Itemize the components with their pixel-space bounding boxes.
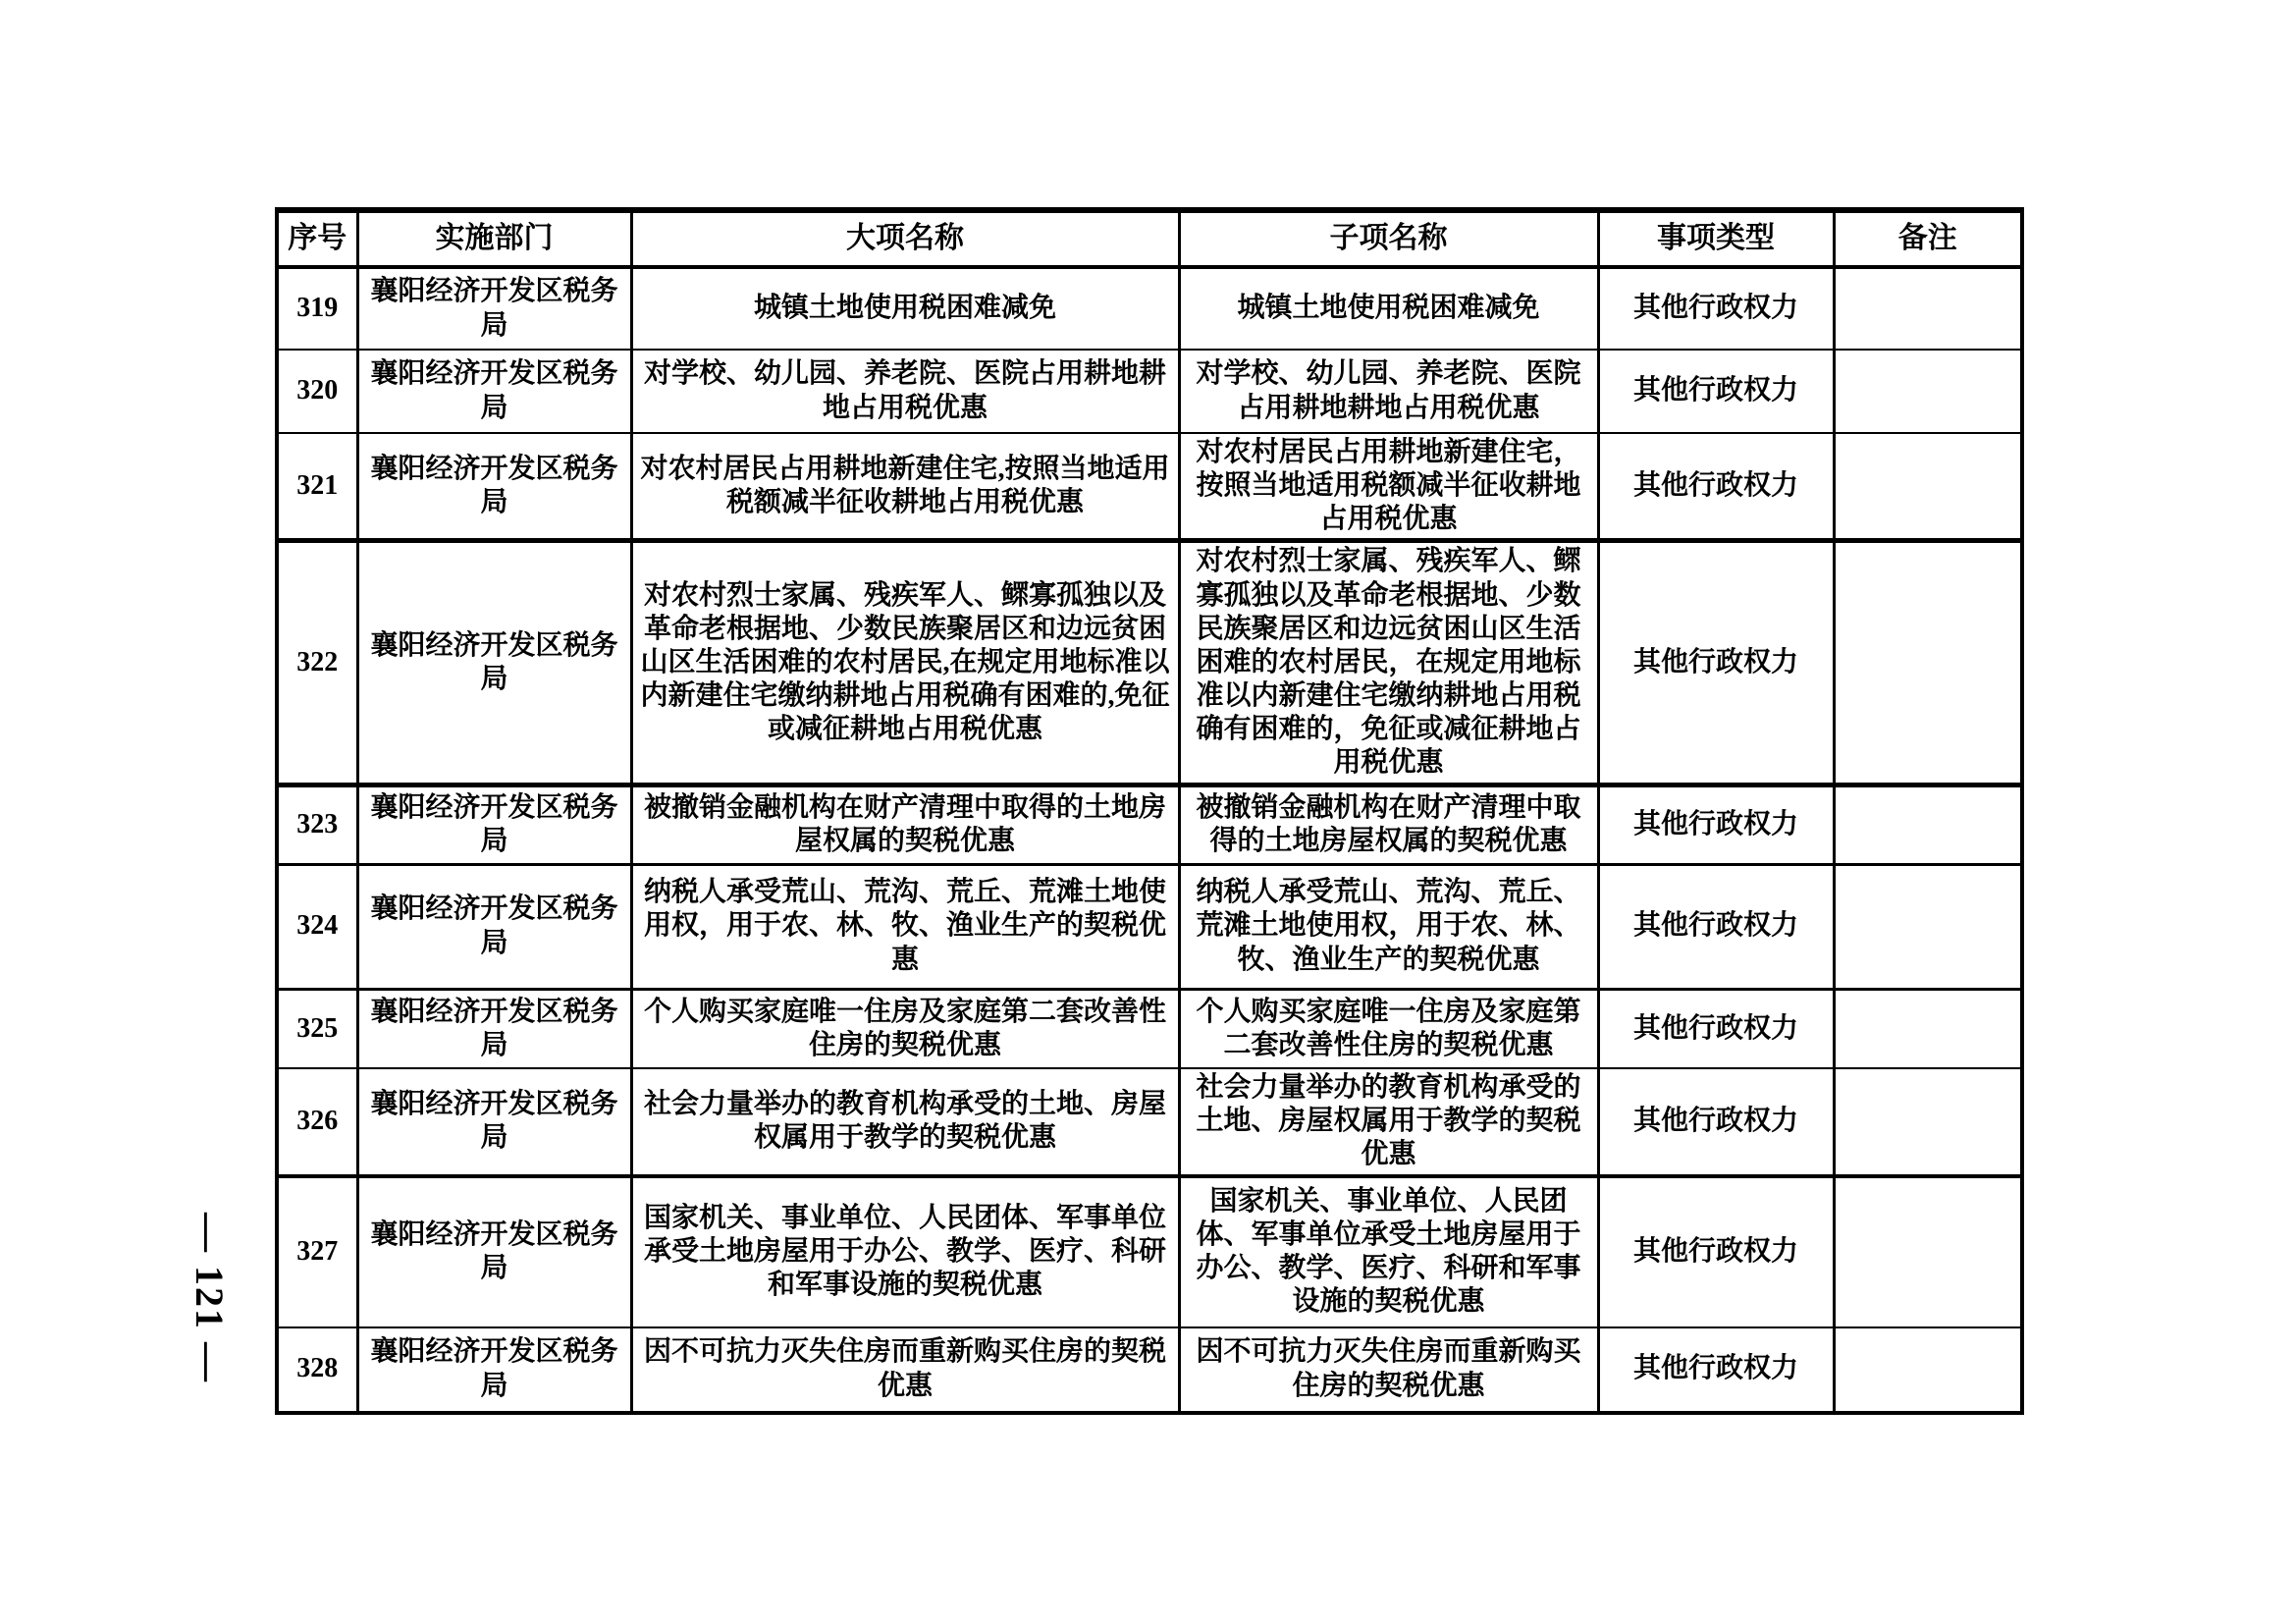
row-number-cell: 328 bbox=[277, 1327, 357, 1413]
header-sub-item-name: 子项名称 bbox=[1179, 210, 1598, 267]
major-item-cell: 因不可抗力灭失住房而重新购买住房的契税优惠 bbox=[631, 1327, 1179, 1413]
sub-item-cell: 对学校、幼儿园、养老院、医院占用耕地耕地占用税优惠 bbox=[1179, 350, 1598, 433]
remarks-cell bbox=[1834, 1068, 2022, 1175]
page-number: — 121 — bbox=[187, 1190, 231, 1406]
table-row: 324 襄阳经济开发区税务局 纳税人承受荒山、荒沟、荒丘、荒滩土地使用权，用于农… bbox=[277, 864, 2022, 989]
sub-item-cell: 纳税人承受荒山、荒沟、荒丘、荒滩土地使用权，用于农、林、牧、渔业生产的契税优惠 bbox=[1179, 864, 1598, 989]
sub-item-cell: 国家机关、事业单位、人民团体、军事单位承受土地房屋用于办公、教学、医疗、科研和军… bbox=[1179, 1176, 1598, 1327]
table-row: 323 襄阳经济开发区税务局 被撤销金融机构在财产清理中取得的土地房屋权属的契税… bbox=[277, 785, 2022, 864]
table-row: 327 襄阳经济开发区税务局 国家机关、事业单位、人民团体、军事单位承受土地房屋… bbox=[277, 1176, 2022, 1327]
major-item-cell: 对农村居民占用耕地新建住宅,按照当地适用税额减半征收耕地占用税优惠 bbox=[631, 433, 1179, 541]
table-row: 322 襄阳经济开发区税务局 对农村烈士家属、残疾军人、鳏寡孤独以及革命老根据地… bbox=[277, 541, 2022, 785]
header-matter-type: 事项类型 bbox=[1598, 210, 1834, 267]
matter-type-cell: 其他行政权力 bbox=[1598, 1068, 1834, 1175]
major-item-cell: 个人购买家庭唯一住房及家庭第二套改善性住房的契税优惠 bbox=[631, 989, 1179, 1068]
remarks-cell bbox=[1834, 350, 2022, 433]
remarks-cell bbox=[1834, 433, 2022, 541]
table-row: 321 襄阳经济开发区税务局 对农村居民占用耕地新建住宅,按照当地适用税额减半征… bbox=[277, 433, 2022, 541]
header-remarks: 备注 bbox=[1834, 210, 2022, 267]
dept-cell: 襄阳经济开发区税务局 bbox=[357, 864, 631, 989]
row-number-cell: 323 bbox=[277, 785, 357, 864]
table-row: 319 襄阳经济开发区税务局 城镇土地使用税困难减免 城镇土地使用税困难减免 其… bbox=[277, 267, 2022, 350]
row-number-cell: 327 bbox=[277, 1176, 357, 1327]
matter-type-cell: 其他行政权力 bbox=[1598, 267, 1834, 350]
remarks-cell bbox=[1834, 267, 2022, 350]
major-item-cell: 纳税人承受荒山、荒沟、荒丘、荒滩土地使用权，用于农、林、牧、渔业生产的契税优惠 bbox=[631, 864, 1179, 989]
remarks-cell bbox=[1834, 989, 2022, 1068]
row-number-cell: 319 bbox=[277, 267, 357, 350]
major-item-cell: 国家机关、事业单位、人民团体、军事单位承受土地房屋用于办公、教学、医疗、科研和军… bbox=[631, 1176, 1179, 1327]
dept-cell: 襄阳经济开发区税务局 bbox=[357, 989, 631, 1068]
matter-type-cell: 其他行政权力 bbox=[1598, 541, 1834, 785]
admin-power-items-table: 序号 实施部门 大项名称 子项名称 事项类型 备注 319 襄阳经济开发区税务局… bbox=[275, 207, 2024, 1415]
row-number-cell: 320 bbox=[277, 350, 357, 433]
remarks-cell bbox=[1834, 1176, 2022, 1327]
major-item-cell: 被撤销金融机构在财产清理中取得的土地房屋权属的契税优惠 bbox=[631, 785, 1179, 864]
sub-item-cell: 个人购买家庭唯一住房及家庭第二套改善性住房的契税优惠 bbox=[1179, 989, 1598, 1068]
dept-cell: 襄阳经济开发区税务局 bbox=[357, 1176, 631, 1327]
document-page: — 121 — 序号 实施部门 大项名称 子项名称 事项类型 备注 319 襄阳… bbox=[0, 0, 2296, 1624]
matter-type-cell: 其他行政权力 bbox=[1598, 350, 1834, 433]
remarks-cell bbox=[1834, 864, 2022, 989]
table-row: 325 襄阳经济开发区税务局 个人购买家庭唯一住房及家庭第二套改善性住房的契税优… bbox=[277, 989, 2022, 1068]
major-item-cell: 社会力量举办的教育机构承受的土地、房屋权属用于教学的契税优惠 bbox=[631, 1068, 1179, 1175]
table-row: 328 襄阳经济开发区税务局 因不可抗力灭失住房而重新购买住房的契税优惠 因不可… bbox=[277, 1327, 2022, 1413]
row-number-cell: 322 bbox=[277, 541, 357, 785]
dept-cell: 襄阳经济开发区税务局 bbox=[357, 350, 631, 433]
sub-item-cell: 因不可抗力灭失住房而重新购买住房的契税优惠 bbox=[1179, 1327, 1598, 1413]
matter-type-cell: 其他行政权力 bbox=[1598, 989, 1834, 1068]
table-row: 320 襄阳经济开发区税务局 对学校、幼儿园、养老院、医院占用耕地耕地占用税优惠… bbox=[277, 350, 2022, 433]
dept-cell: 襄阳经济开发区税务局 bbox=[357, 1327, 631, 1413]
row-number-cell: 326 bbox=[277, 1068, 357, 1175]
matter-type-cell: 其他行政权力 bbox=[1598, 433, 1834, 541]
header-major-item-name: 大项名称 bbox=[631, 210, 1179, 267]
sub-item-cell: 城镇土地使用税困难减免 bbox=[1179, 267, 1598, 350]
matter-type-cell: 其他行政权力 bbox=[1598, 864, 1834, 989]
matter-type-cell: 其他行政权力 bbox=[1598, 785, 1834, 864]
header-row: 序号 实施部门 大项名称 子项名称 事项类型 备注 bbox=[277, 210, 2022, 267]
row-number-cell: 324 bbox=[277, 864, 357, 989]
remarks-cell bbox=[1834, 785, 2022, 864]
sub-item-cell: 对农村居民占用耕地新建住宅，按照当地适用税额减半征收耕地占用税优惠 bbox=[1179, 433, 1598, 541]
remarks-cell bbox=[1834, 1327, 2022, 1413]
major-item-cell: 对农村烈士家属、残疾军人、鳏寡孤独以及革命老根据地、少数民族聚居区和边远贫困山区… bbox=[631, 541, 1179, 785]
matter-type-cell: 其他行政权力 bbox=[1598, 1327, 1834, 1413]
table-row: 326 襄阳经济开发区税务局 社会力量举办的教育机构承受的土地、房屋权属用于教学… bbox=[277, 1068, 2022, 1175]
row-number-cell: 321 bbox=[277, 433, 357, 541]
sub-item-cell: 社会力量举办的教育机构承受的土地、房屋权属用于教学的契税优惠 bbox=[1179, 1068, 1598, 1175]
dept-cell: 襄阳经济开发区税务局 bbox=[357, 433, 631, 541]
dept-cell: 襄阳经济开发区税务局 bbox=[357, 541, 631, 785]
dept-cell: 襄阳经济开发区税务局 bbox=[357, 267, 631, 350]
remarks-cell bbox=[1834, 541, 2022, 785]
sub-item-cell: 对农村烈士家属、残疾军人、鳏寡孤独以及革命老根据地、少数民族聚居区和边远贫困山区… bbox=[1179, 541, 1598, 785]
dept-cell: 襄阳经济开发区税务局 bbox=[357, 785, 631, 864]
dept-cell: 襄阳经济开发区税务局 bbox=[357, 1068, 631, 1175]
row-number-cell: 325 bbox=[277, 989, 357, 1068]
sub-item-cell: 被撤销金融机构在财产清理中取得的土地房屋权属的契税优惠 bbox=[1179, 785, 1598, 864]
major-item-cell: 对学校、幼儿园、养老院、医院占用耕地耕地占用税优惠 bbox=[631, 350, 1179, 433]
header-implementing-department: 实施部门 bbox=[357, 210, 631, 267]
major-item-cell: 城镇土地使用税困难减免 bbox=[631, 267, 1179, 350]
matter-type-cell: 其他行政权力 bbox=[1598, 1176, 1834, 1327]
header-serial-number: 序号 bbox=[277, 210, 357, 267]
